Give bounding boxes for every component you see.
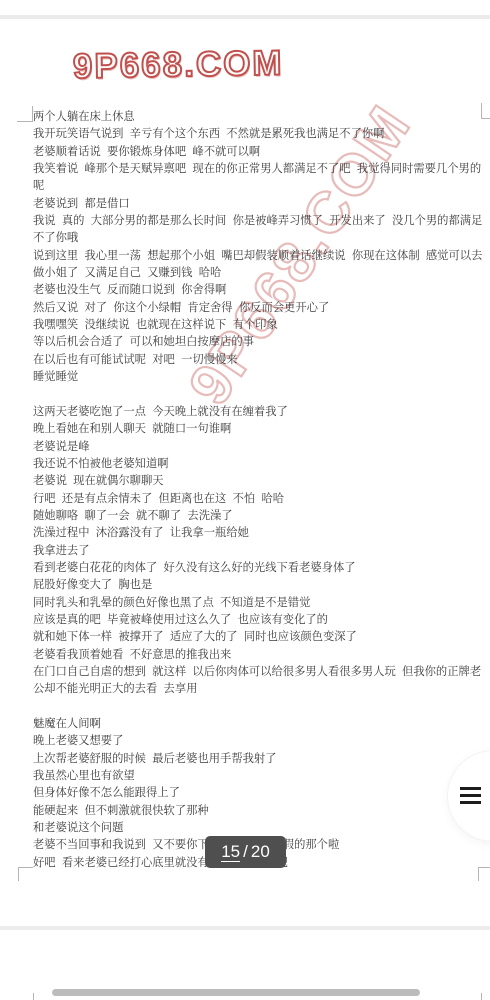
text-line: 我开玩笑语气说到 辛亏有个这个东西 不然就是累死我也满足不了你啊 bbox=[33, 126, 483, 143]
text-line: 我虽然心里也有欲望 bbox=[33, 768, 483, 785]
text-line: 能硬起来 但不刺激就很快软了那种 bbox=[33, 803, 483, 820]
text-line: 老婆顺着话说 要你锻炼身体吧 峰不就可以啊 bbox=[33, 144, 483, 161]
text-line: 做小姐了 又满足自己 又赚到钱 哈哈 bbox=[33, 265, 483, 282]
text-line: 就和她下体一样 被撑开了 适应了大的了 同时也应该颜色变深了 bbox=[33, 629, 483, 646]
text-line: 我笑着说 峰那个是天赋异禀吧 现在的你正常男人都满足不了吧 我觉得同时需要几个男… bbox=[33, 161, 483, 178]
text-line: 魅魔在人间啊 bbox=[33, 716, 483, 733]
text-line: 说到这里 我心里一荡 想起那个小姐 嘴巴却假装顺着话继续说 你现在这体制 感觉可… bbox=[33, 248, 483, 265]
text-line: 不了你哦 bbox=[33, 230, 483, 247]
hamburger-menu-icon bbox=[460, 787, 481, 804]
text-line: 老婆说 现在就偶尔聊聊天 bbox=[33, 473, 483, 490]
text-line: 晚上老婆又想要了 bbox=[33, 733, 483, 750]
hamburger-bar bbox=[460, 801, 481, 804]
hamburger-bar bbox=[460, 794, 481, 797]
total-page-count: 20 bbox=[251, 842, 270, 862]
text-line: 晚上看她在和别人聊天 就随口一句谁啊 bbox=[33, 421, 483, 438]
text-line: 应该是真的吧 毕竟被峰使用过这么久了 也应该有变化了的 bbox=[33, 612, 483, 629]
text-line: 然后又说 对了 你这个小绿帽 肯定舍得 你反而会更开心了 bbox=[33, 300, 483, 317]
text-boundary-corner-bottom-left bbox=[18, 867, 33, 881]
text-line: 看到老婆白花花的肉体了 好久没有这么好的光线下看老婆身体了 bbox=[33, 560, 483, 577]
document-page[interactable]: 9P668.COM 9P668.COM 两个人躺在床上休息我开玩笑语气说到 辛亏… bbox=[0, 19, 490, 926]
next-page-boundary-left bbox=[33, 993, 34, 1000]
next-page-top bbox=[0, 930, 490, 1000]
text-line bbox=[33, 387, 483, 404]
text-line: 公却不能光明正大的去看 去享用 bbox=[33, 681, 483, 698]
text-line: 上次帮老婆舒服的时候 最后老婆也用手帮我射了 bbox=[33, 751, 483, 768]
text-line: 我拿进去了 bbox=[33, 543, 483, 560]
text-line: 在以后也有可能试试呢 对吧 一切慢慢来 bbox=[33, 352, 483, 369]
next-page-content-bar bbox=[52, 989, 420, 996]
text-line bbox=[33, 699, 483, 716]
text-line: 老婆说是峰 bbox=[33, 439, 483, 456]
top-app-strip bbox=[0, 0, 490, 15]
text-line: 我嘿嘿笑 没继续说 也就现在这样说下 有个印象 bbox=[33, 317, 483, 334]
page-indicator-badge[interactable]: 15 / 20 bbox=[205, 836, 286, 868]
text-line: 我说 真的 大部分男的都是那么长时间 你是被峰弄习惯了 开发出来了 没几个男的都… bbox=[33, 213, 483, 230]
site-logo-watermark: 9P668.COM bbox=[73, 43, 314, 93]
reader-viewport: 9P668.COM 9P668.COM 两个人躺在床上休息我开玩笑语气说到 辛亏… bbox=[0, 0, 490, 1000]
text-line: 两个人躺在床上休息 bbox=[33, 109, 483, 126]
page-number-separator: / bbox=[240, 842, 251, 862]
text-line: 我还说不怕被他老婆知道啊 bbox=[33, 456, 483, 473]
text-line: 随她聊咯 聊了一会 就不聊了 去洗澡了 bbox=[33, 508, 483, 525]
document-text-block: 两个人躺在床上休息我开玩笑语气说到 辛亏有个这个东西 不然就是累死我也满足不了你… bbox=[33, 109, 483, 872]
text-line: 等以后机会合适了 可以和她坦白按摩店的事 bbox=[33, 334, 483, 351]
text-line: 老婆看我顶着她看 不好意思的推我出来 bbox=[33, 647, 483, 664]
current-page-number: 15 bbox=[221, 842, 240, 862]
text-line: 在门口自己自虐的想到 就这样 以后你肉体可以给很多男人看很多男人玩 但我你的正牌… bbox=[33, 664, 483, 681]
text-line: 和老婆说这个问题 bbox=[33, 820, 483, 837]
text-line: 同时乳头和乳晕的颜色好像也黑了点 不知道是不是错觉 bbox=[33, 595, 483, 612]
text-line: 行吧 还是有点余情未了 但距离也在这 不怕 哈哈 bbox=[33, 491, 483, 508]
text-line: 老婆说到 都是借口 bbox=[33, 196, 483, 213]
text-line: 但身体好像不怎么能跟得上了 bbox=[33, 785, 483, 802]
hamburger-bar bbox=[460, 787, 481, 790]
text-line: 洗澡过程中 沐浴露没有了 让我拿一瓶给她 bbox=[33, 525, 483, 542]
text-line: 呢 bbox=[33, 178, 483, 195]
text-line: 老婆也没生气 反而随口说到 你舍得啊 bbox=[33, 282, 483, 299]
next-page-boundary-right bbox=[481, 993, 482, 1000]
text-line: 这两天老婆吃饱了一点 今天晚上就没有在缠着我了 bbox=[33, 404, 483, 421]
text-line: 屁股好像变大了 胸也是 bbox=[33, 577, 483, 594]
text-line: 睡觉睡觉 bbox=[33, 369, 483, 386]
text-boundary-corner-top-left bbox=[17, 106, 33, 122]
